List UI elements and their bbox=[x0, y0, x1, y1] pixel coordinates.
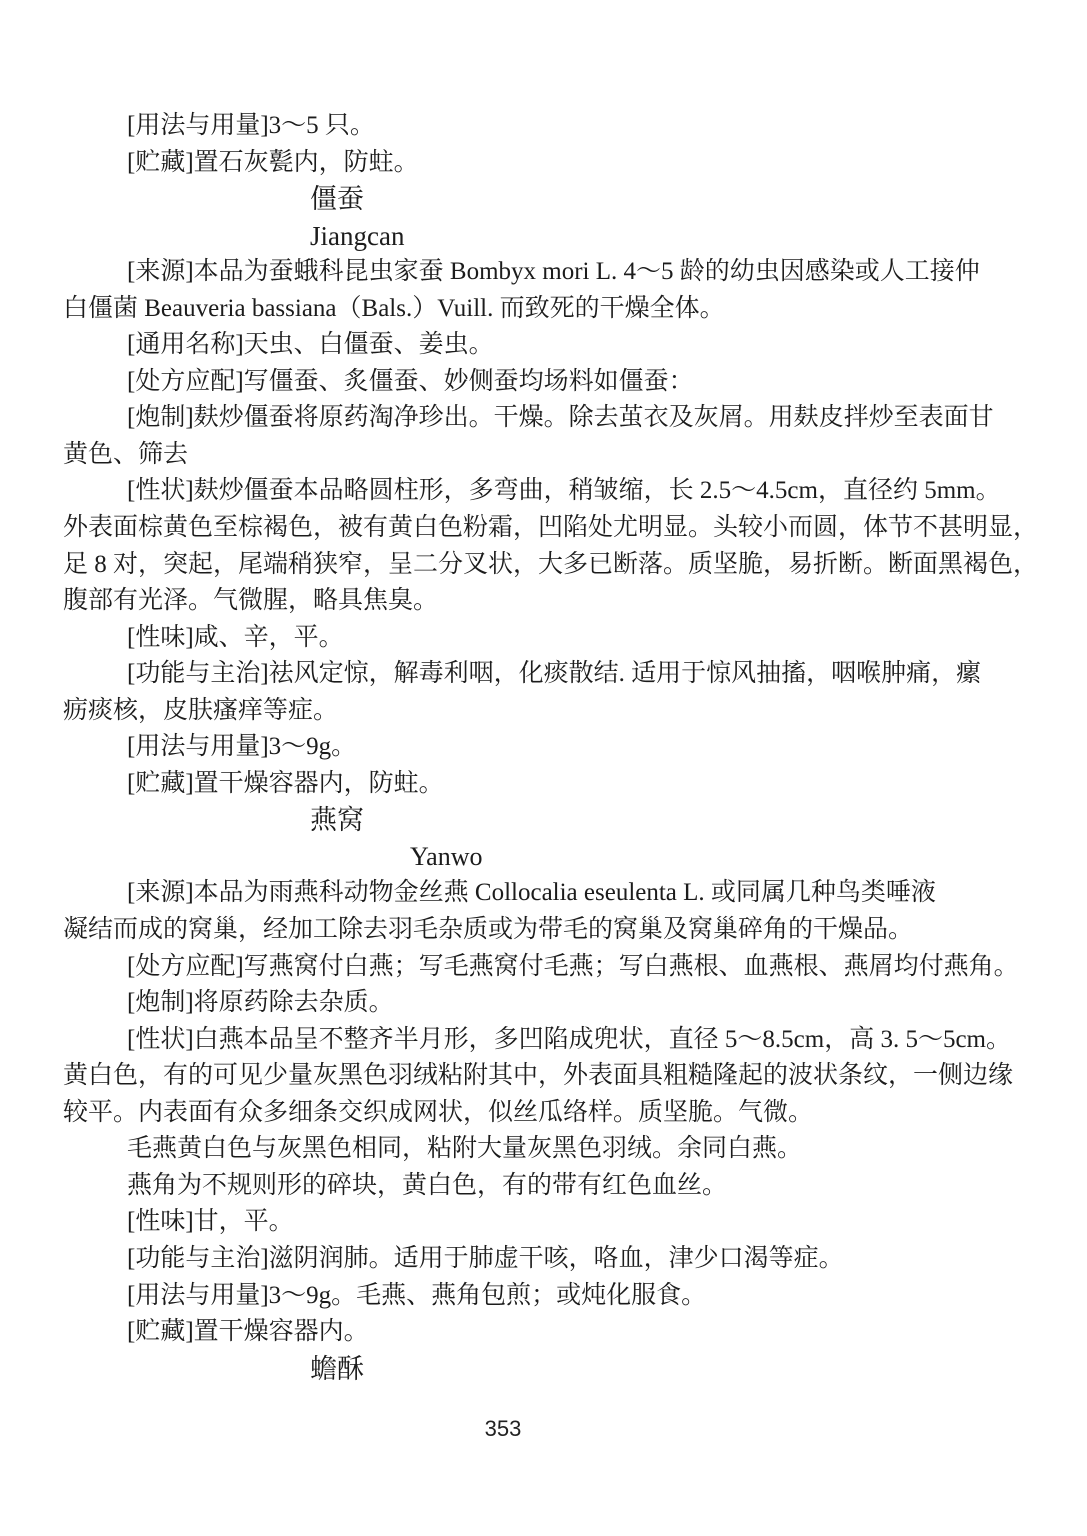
text-line: 腹部有光泽。气微腥，略具焦臭。 bbox=[63, 583, 1038, 620]
text-line: [用法与用量]3～9g。 bbox=[63, 729, 1038, 766]
text-line: [功能与主治]祛风定惊，解毒利咽，化痰散结. 适用于惊风抽搐，咽喉肿痛，瘰 bbox=[63, 656, 1038, 693]
text-line: [处方应配]写僵蚕、炙僵蚕、妙侧蚕均场料如僵蚕： bbox=[63, 364, 1038, 401]
text-line: [贮藏]置石灰甏内，防蛀。 bbox=[63, 145, 1038, 182]
text-line: 白僵菌 Beauveria bassiana（Bals.）Vuill. 而致死的… bbox=[63, 291, 1038, 328]
text-line: 燕角为不规则形的碎块，黄白色，有的带有红色血丝。 bbox=[63, 1168, 1038, 1205]
text-line: [性状]麸炒僵蚕本品略圆柱形，多弯曲，稍皱缩，长 2.5～4.5cm，直径约 5… bbox=[63, 473, 1038, 510]
text-line: [炮制]麸炒僵蚕将原药淘净珍出。干燥。除去茧衣及灰屑。用麸皮拌炒至表面甘 bbox=[63, 400, 1038, 437]
page-number: 353 bbox=[0, 1416, 1006, 1442]
text-line: [功能与主治]滋阴润肺。适用于肺虚干咳，咯血，津少口渴等症。 bbox=[63, 1241, 1038, 1278]
text-line: 外表面棕黄色至棕褐色，被有黄白色粉霜，凹陷处尤明显。头较小而圆，体节不甚明显， bbox=[63, 510, 1038, 547]
text-line: [处方应配]写燕窝付白燕；写毛燕窝付毛燕；写白燕根、血燕根、燕屑均付燕角。 bbox=[63, 949, 1038, 986]
text-line: [用法与用量]3～5 只。 bbox=[63, 108, 1038, 145]
text-line: [性状]白燕本品呈不整齐半月形，多凹陷成兜状，直径 5～8.5cm，高 3. 5… bbox=[63, 1022, 1038, 1059]
section-heading: 蟾酥 bbox=[63, 1351, 1038, 1388]
text-line: 黄色、筛去 bbox=[63, 437, 1038, 474]
document-page: [用法与用量]3～5 只。[贮藏]置石灰甏内，防蛀。僵蚕Jiangcan[来源]… bbox=[0, 0, 1087, 1536]
text-line: [贮藏]置干燥容器内，防蛀。 bbox=[63, 766, 1038, 803]
text-line: 黄白色，有的可见少量灰黑色羽绒粘附其中，外表面具粗糙隆起的波状条纹，一侧边缘 bbox=[63, 1058, 1038, 1095]
text-line: 足 8 对，突起，尾端稍狭窄，呈二分叉状，大多已断落。质坚脆，易折断。断面黑褐色… bbox=[63, 547, 1038, 584]
text-line: [通用名称]天虫、白僵蚕、姜虫。 bbox=[63, 327, 1038, 364]
text-line: [性味]甘，平。 bbox=[63, 1204, 1038, 1241]
document-body: [用法与用量]3～5 只。[贮藏]置石灰甏内，防蛀。僵蚕Jiangcan[来源]… bbox=[63, 108, 1038, 1387]
text-line: [性味]咸、辛，平。 bbox=[63, 620, 1038, 657]
section-heading: Jiangcan bbox=[63, 218, 1038, 255]
text-line: [炮制]将原药除去杂质。 bbox=[63, 985, 1038, 1022]
text-line: 毛燕黄白色与灰黑色相同，粘附大量灰黑色羽绒。余同白燕。 bbox=[63, 1131, 1038, 1168]
text-line: [来源]本品为蚕蛾科昆虫家蚕 Bombyx mori L. 4～5 龄的幼虫因感… bbox=[63, 254, 1038, 291]
text-line: 较平。内表面有众多细条交织成网状，似丝瓜络样。质坚脆。气微。 bbox=[63, 1095, 1038, 1132]
section-heading: Yanwo bbox=[63, 839, 1038, 876]
text-line: [来源]本品为雨燕科动物金丝燕 Collocalia eseulenta L. … bbox=[63, 875, 1038, 912]
text-line: 凝结而成的窝巢，经加工除去羽毛杂质或为带毛的窝巢及窝巢碎角的干燥品。 bbox=[63, 912, 1038, 949]
text-line: [贮藏]置干燥容器内。 bbox=[63, 1314, 1038, 1351]
section-heading: 燕窝 bbox=[63, 802, 1038, 839]
text-line: [用法与用量]3～9g。毛燕、燕角包煎；或炖化服食。 bbox=[63, 1278, 1038, 1315]
section-heading: 僵蚕 bbox=[63, 181, 1038, 218]
text-line: 疬痰核，皮肤瘙痒等症。 bbox=[63, 693, 1038, 730]
